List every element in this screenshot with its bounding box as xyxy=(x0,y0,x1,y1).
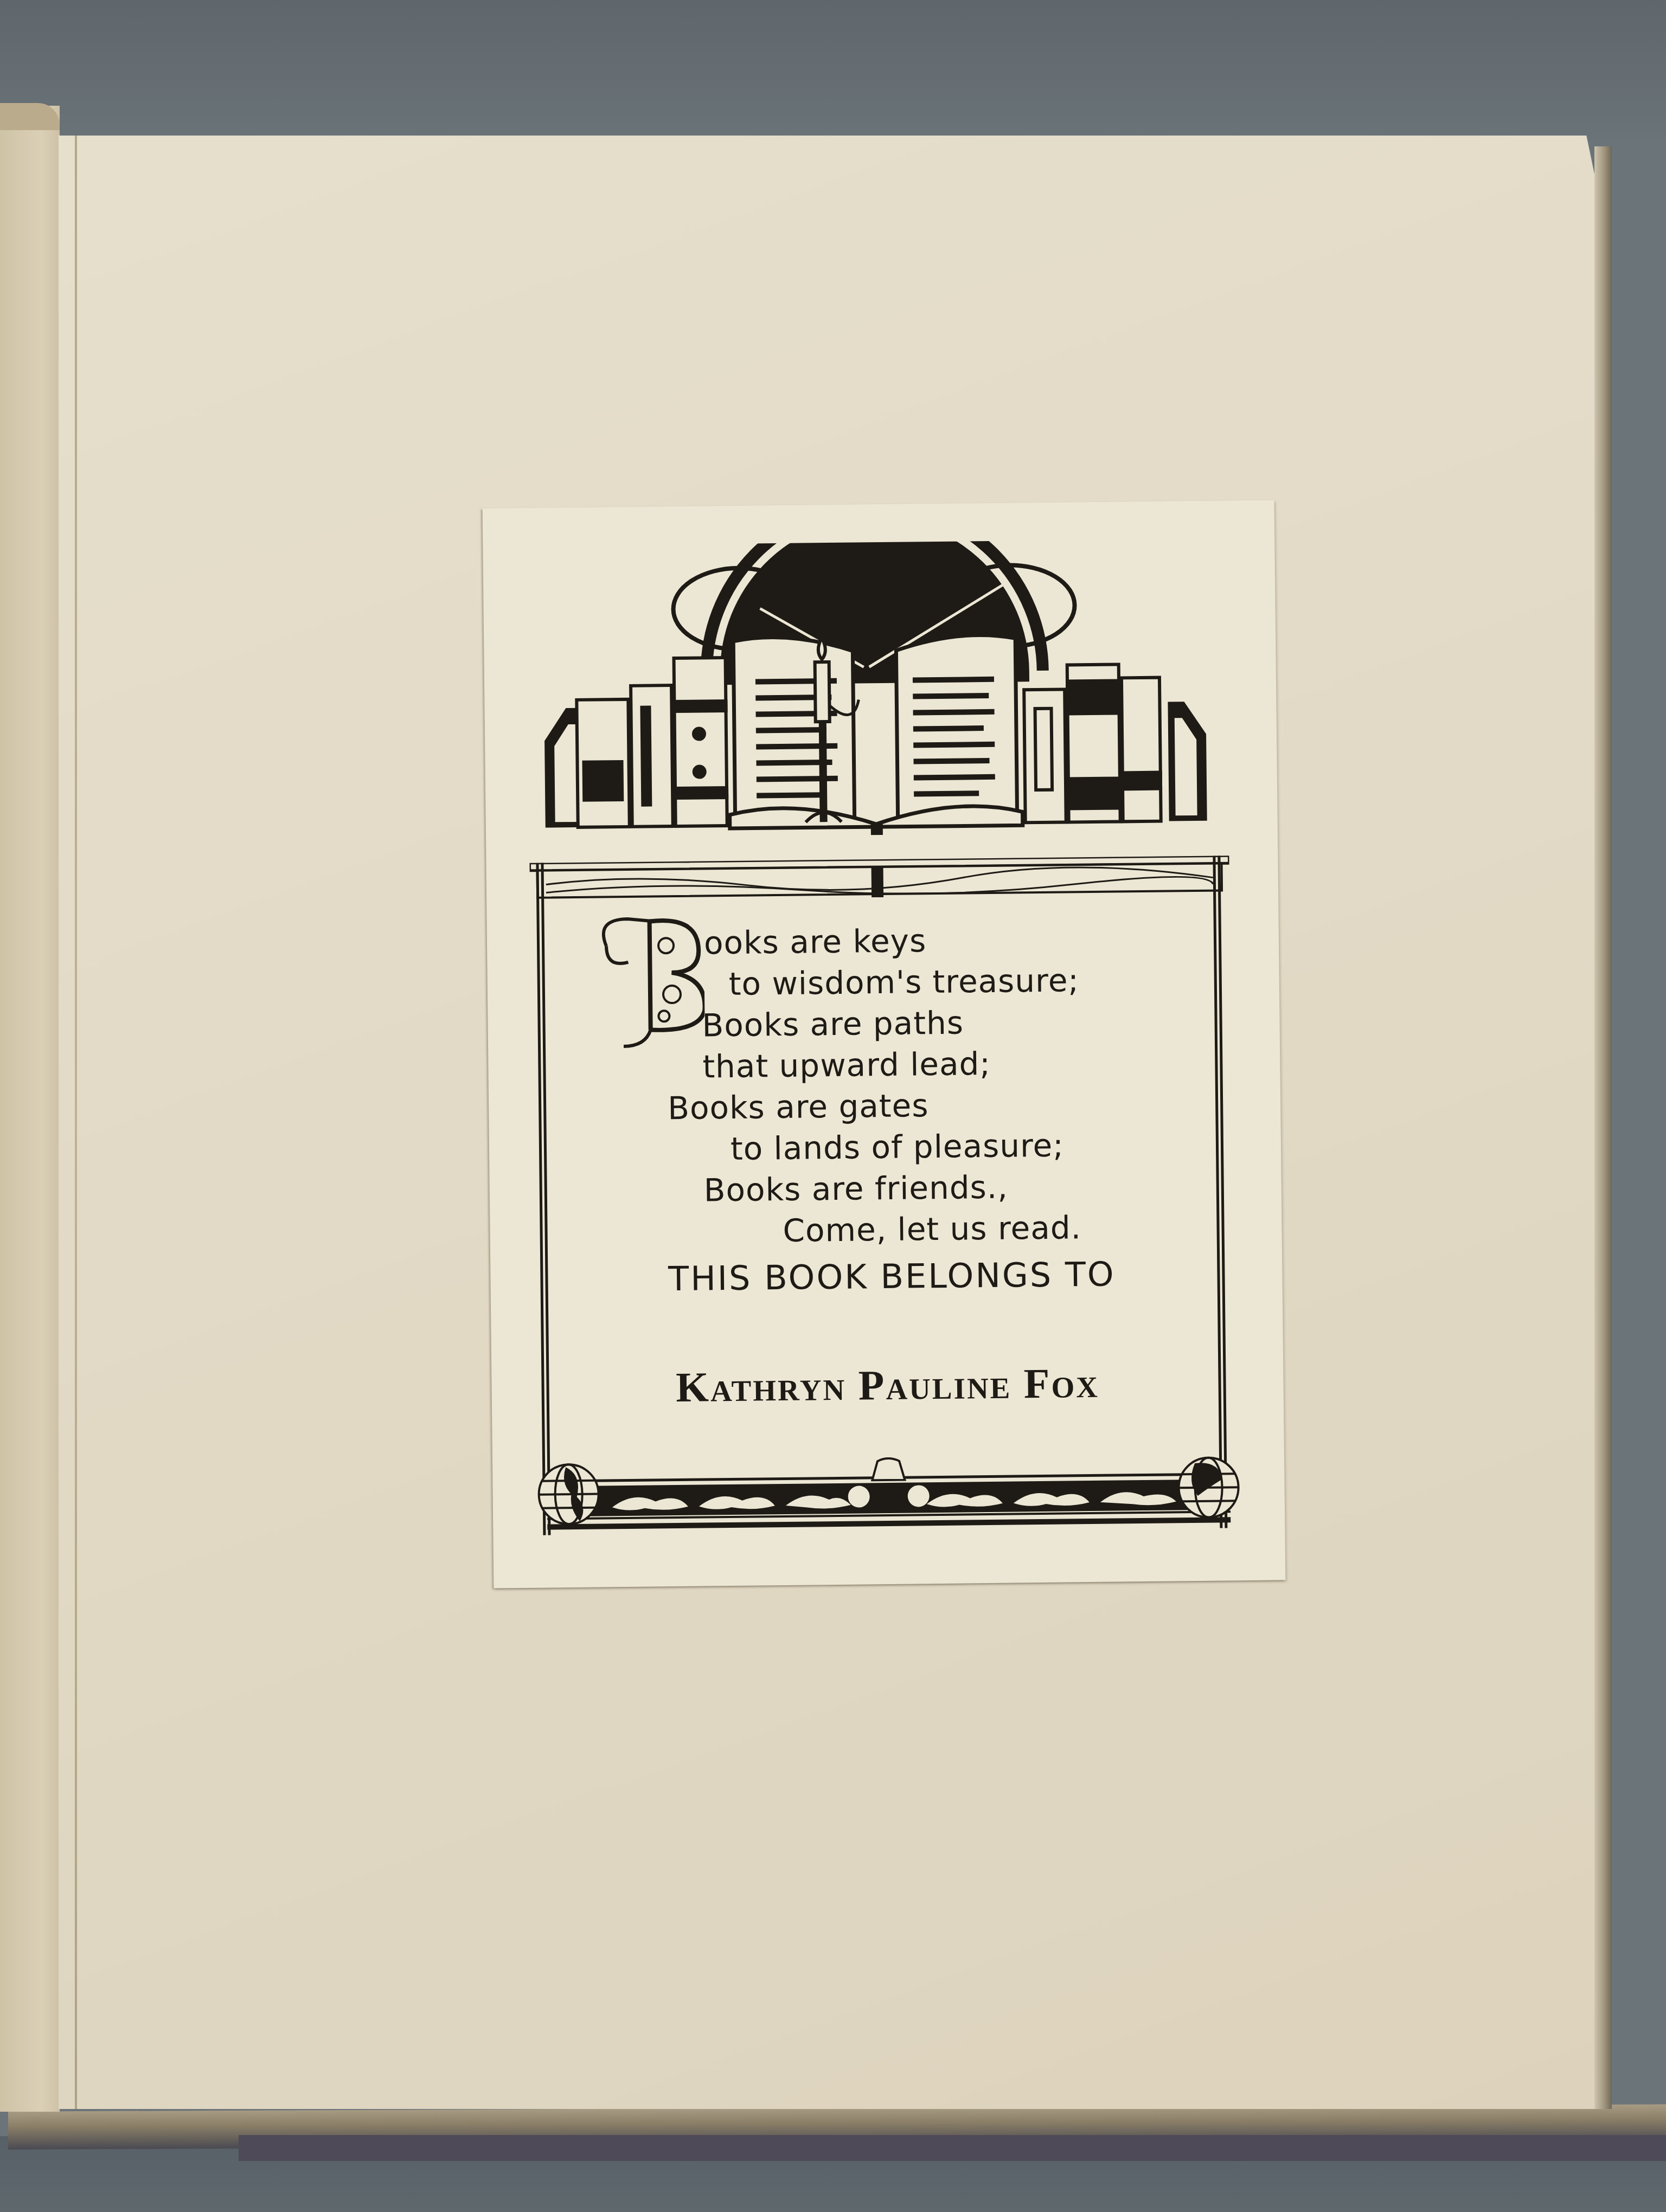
globe-icon-left xyxy=(539,1464,599,1525)
poem-line-3: Books are paths xyxy=(702,1002,964,1046)
poem-line-7: Books are friends., xyxy=(703,1167,1008,1211)
gutter-hinge xyxy=(75,136,77,2109)
poem: ooks are keys to wisdom's treasure; Book… xyxy=(584,902,1184,1244)
drop-cap-b-icon xyxy=(589,907,705,1049)
left-endpaper-flap xyxy=(0,106,60,2112)
poem-line-8: Come, let us read. xyxy=(783,1207,1081,1251)
bookmark-clasp-icon xyxy=(871,824,883,839)
poem-line-6: to lands of pleasure; xyxy=(731,1125,1065,1169)
page-block-edge xyxy=(1594,146,1612,2109)
bottom-ornament-border xyxy=(536,1436,1242,1541)
bookplate: ooks are keys to wisdom's treasure; Book… xyxy=(483,500,1286,1588)
poem-line-5: Books are gates xyxy=(668,1085,929,1129)
book-cover-cloth xyxy=(239,2135,1666,2161)
bookshelf-illustration xyxy=(531,539,1218,839)
left-flap-worn-corner xyxy=(0,103,60,130)
ownership-label: THIS BOOK BELONGS TO xyxy=(490,1252,1288,1300)
globe-icon-right xyxy=(1178,1457,1239,1517)
backdrop-top xyxy=(0,0,1666,141)
owner-name: Kathryn Pauline Fox xyxy=(491,1356,1284,1413)
poem-line-2: to wisdom's treasure; xyxy=(728,960,1079,1005)
poem-line-4: that upward lead; xyxy=(702,1043,991,1088)
poem-line-1: ooks are keys xyxy=(704,920,927,963)
